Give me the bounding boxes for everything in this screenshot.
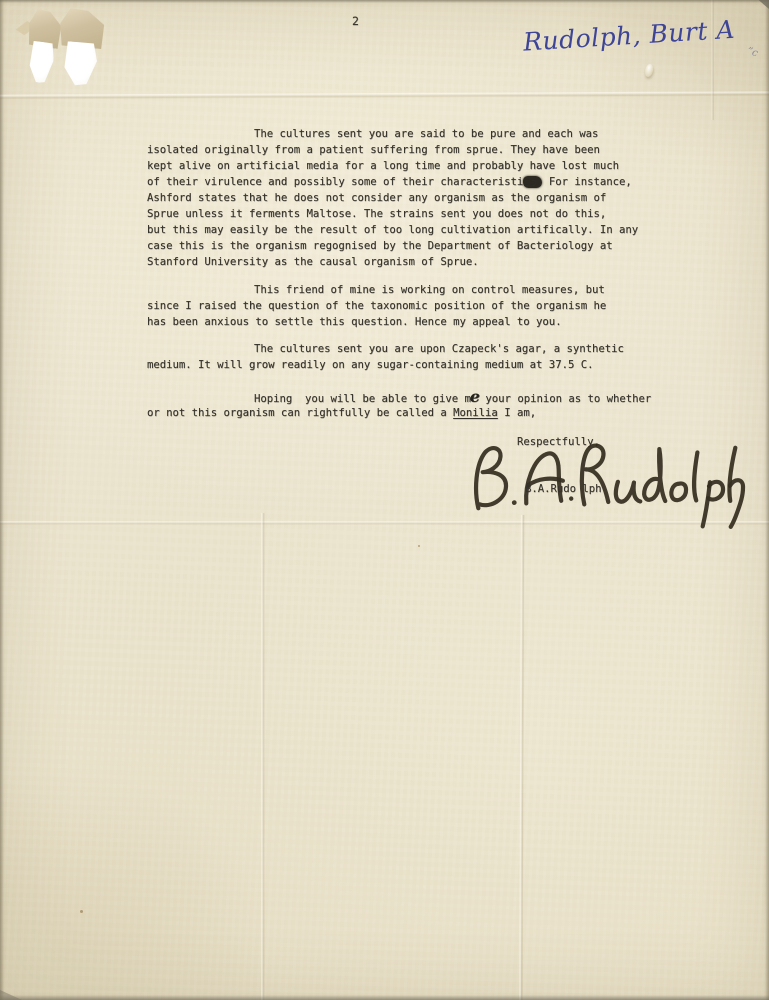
paper-edge-top <box>0 0 769 3</box>
foxing-speck <box>80 910 83 913</box>
text-line: has been anxious to settle this question… <box>147 314 662 330</box>
text-line: This friend of mine is working on contro… <box>147 282 662 298</box>
text-line: Stanford University as the causal organi… <box>147 254 662 270</box>
paragraph-3: The cultures sent you are upon Czapeck's… <box>147 341 662 373</box>
text-line: medium. It will grow readily on any suga… <box>147 357 662 373</box>
paragraph-2: This friend of mine is working on contro… <box>147 282 662 330</box>
paragraph-1: The cultures sent you are said to be pur… <box>147 126 662 270</box>
handwritten-annotation: Rudolph, Burt A <box>520 10 745 60</box>
page-number: 2 <box>352 13 359 29</box>
text-line: The cultures sent you are upon Czapeck's… <box>147 341 662 357</box>
text-segment: I am, <box>498 407 536 419</box>
text-line: The cultures sent you are said to be pur… <box>147 126 662 142</box>
torn-paper-patch <box>62 41 98 86</box>
text-line: but this may easily be the result of too… <box>147 222 662 238</box>
paper-edge-right <box>765 0 769 1000</box>
torn-paper-patch <box>27 40 56 84</box>
paragraph-4: Hoping you will be able to give me your … <box>147 389 662 421</box>
text-line: of their virulence and possibly some of … <box>147 174 662 190</box>
overstrike-blob: cs. <box>523 176 542 188</box>
letter-body: The cultures sent you are said to be pur… <box>147 126 662 421</box>
text-segment: Hoping you will be able to give m <box>254 393 471 405</box>
paper-edge-bottom <box>0 995 769 1000</box>
scanned-letter-page: 2 Rudolph, Burt A ”c The cultures sent y… <box>0 0 769 1000</box>
text-line: since I raised the question of the taxon… <box>147 298 662 314</box>
text-line: isolated originally from a patient suffe… <box>147 142 662 158</box>
text-line: Sprue unless it ferments Maltose. The st… <box>147 206 662 222</box>
handwritten-annotation-text: Rudolph, Burt A <box>521 15 735 57</box>
text-segment: For instance, <box>542 176 631 188</box>
text-segment: your opinion as to whether <box>479 393 651 405</box>
text-segment: of their virulence and possibly some of … <box>147 176 523 188</box>
underlined-word-monilia: Monilia <box>453 407 498 419</box>
tape-tear-mark-right <box>57 8 105 85</box>
signature-typed-name: B.A.Rudo lph <box>525 481 602 497</box>
text-line: case this is the organism regognised by … <box>147 238 662 254</box>
foxing-speck <box>418 545 420 547</box>
text-line: kept alive on artificial media for a lon… <box>147 158 662 174</box>
paper-edge-left <box>0 0 4 1000</box>
text-line: Ashford states that he does not consider… <box>147 190 662 206</box>
text-line: or not this organism can rightfully be c… <box>147 405 662 421</box>
text-line: Hoping you will be able to give me your … <box>147 389 662 405</box>
text-segment: or not this organism can rightfully be c… <box>147 407 453 419</box>
handwritten-signature: B. A. Rudolph <box>462 441 752 533</box>
